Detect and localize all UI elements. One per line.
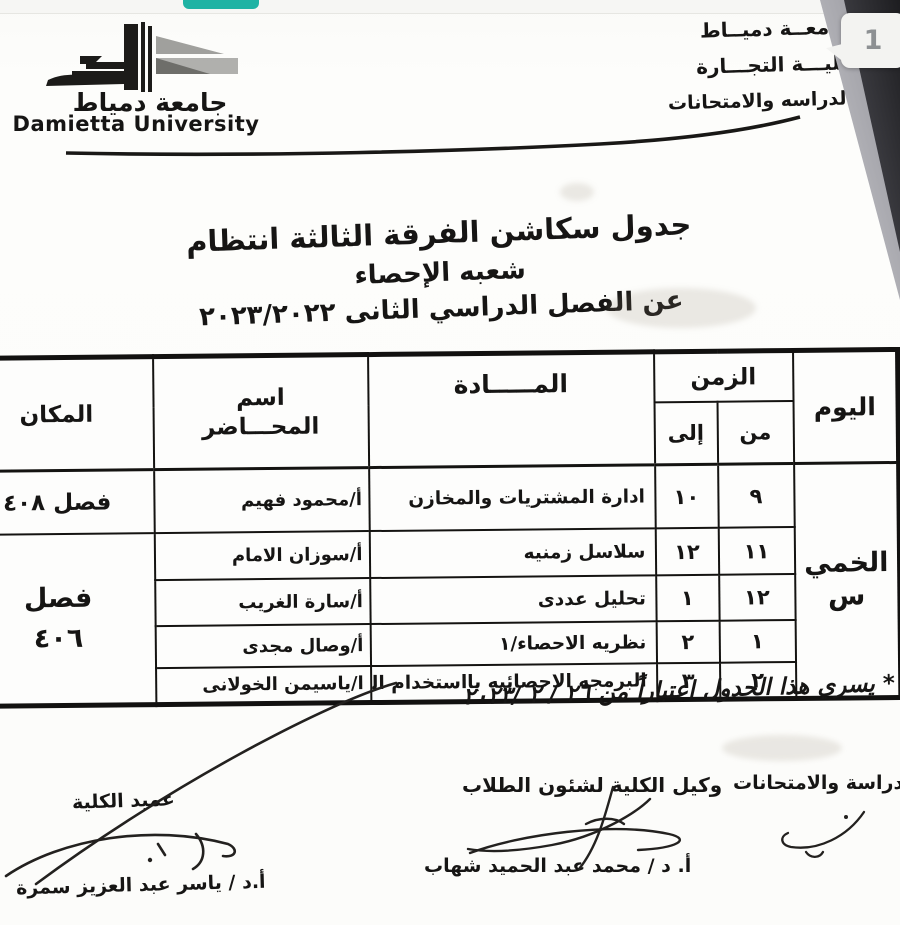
day-value-thursday: الخمي س [794, 462, 900, 698]
lecturer-cell: أ/سوزان الامام [154, 531, 369, 580]
vice-dean-name: أ. د / محمد عبد الحميد شهاب [424, 855, 691, 877]
letterhead-block: جامعــة دميــاط كليـــة التجـــارة الدرا… [591, 8, 854, 123]
subject-cell: نظريه الاحصاء/١ [370, 621, 656, 666]
schedule-table-wrapper: اليوم الزمن المـــــادة اسم المحـــاضر ا… [0, 347, 898, 709]
lecturer-cell: أ/محمود فهيم [154, 468, 370, 534]
to-cell: ١٠ [655, 464, 719, 528]
to-cell: ٢ [656, 621, 719, 664]
place-line2: ٤٠٦ [34, 623, 84, 654]
exams-office-title: لدراسة والامتحانات [733, 772, 900, 794]
header-lecturer-line2: المحـــاضر [202, 413, 320, 440]
header-lecturer-line1: اسم [236, 385, 285, 411]
from-cell: ١٢ [719, 574, 795, 621]
bleed-smudge [560, 183, 594, 201]
header-to: إلى [654, 402, 718, 465]
lecturer-cell: أ/سارة الغريب [155, 578, 370, 626]
place-cell-406: فصل ٤٠٦ [0, 533, 156, 706]
vice-dean-title: وكيل الكلية لشئون الطلاب [462, 773, 722, 797]
letterhead-department: الدراسه والامتحانات [593, 80, 854, 123]
header-subject: المـــــادة [368, 352, 655, 468]
day-line2: س [828, 580, 866, 611]
subject-cell: ادارة المشتريات والمخازن [369, 465, 656, 531]
header-time: الزمن [654, 350, 793, 402]
dean-signature [6, 683, 396, 884]
table-row: الخمي س ٩ ١٠ ادارة المشتريات والمخازن أ/… [0, 462, 899, 535]
scanned-schedule-page: جامعة دمياط Damietta University جامعــة … [0, 0, 900, 925]
viewer-scroll-pill [183, 0, 259, 9]
header-from: من [717, 401, 794, 464]
bleed-smudge [606, 288, 756, 328]
from-cell: ١ [719, 620, 795, 663]
to-cell: ١٢ [655, 528, 718, 576]
dean-title: عميد الكلية [72, 788, 176, 814]
lecturer-cell: ا/ياسيمن الخولانى [156, 666, 371, 705]
header-day: اليوم [793, 349, 899, 463]
logo-english-wordmark: Damietta University [0, 112, 272, 136]
lecturer-cell: أ/وصال مجدى [155, 624, 370, 668]
place-line1: فصل [24, 582, 93, 614]
subject-cell: سلاسل زمنيه [369, 528, 655, 578]
to-cell: ١ [656, 575, 719, 622]
header-place: المكان [0, 357, 154, 472]
from-cell: ١١ [718, 527, 794, 575]
day-line1: الخمي [804, 547, 889, 579]
header-lecturer: اسم المحـــاضر [153, 355, 369, 470]
exams-signature [782, 812, 864, 857]
page-number-badge[interactable]: 1 [841, 13, 900, 68]
schedule-table: اليوم الزمن المـــــادة اسم المحـــاضر ا… [0, 347, 900, 709]
bleed-smudge [722, 735, 842, 761]
place-cell-408: فصل ٤٠٨ [0, 470, 154, 535]
dean-name: أ.د / ياسر عبد العزيز سمرة [16, 871, 266, 900]
from-cell: ٩ [718, 463, 795, 527]
subject-cell: تحليل عددى [370, 575, 656, 624]
